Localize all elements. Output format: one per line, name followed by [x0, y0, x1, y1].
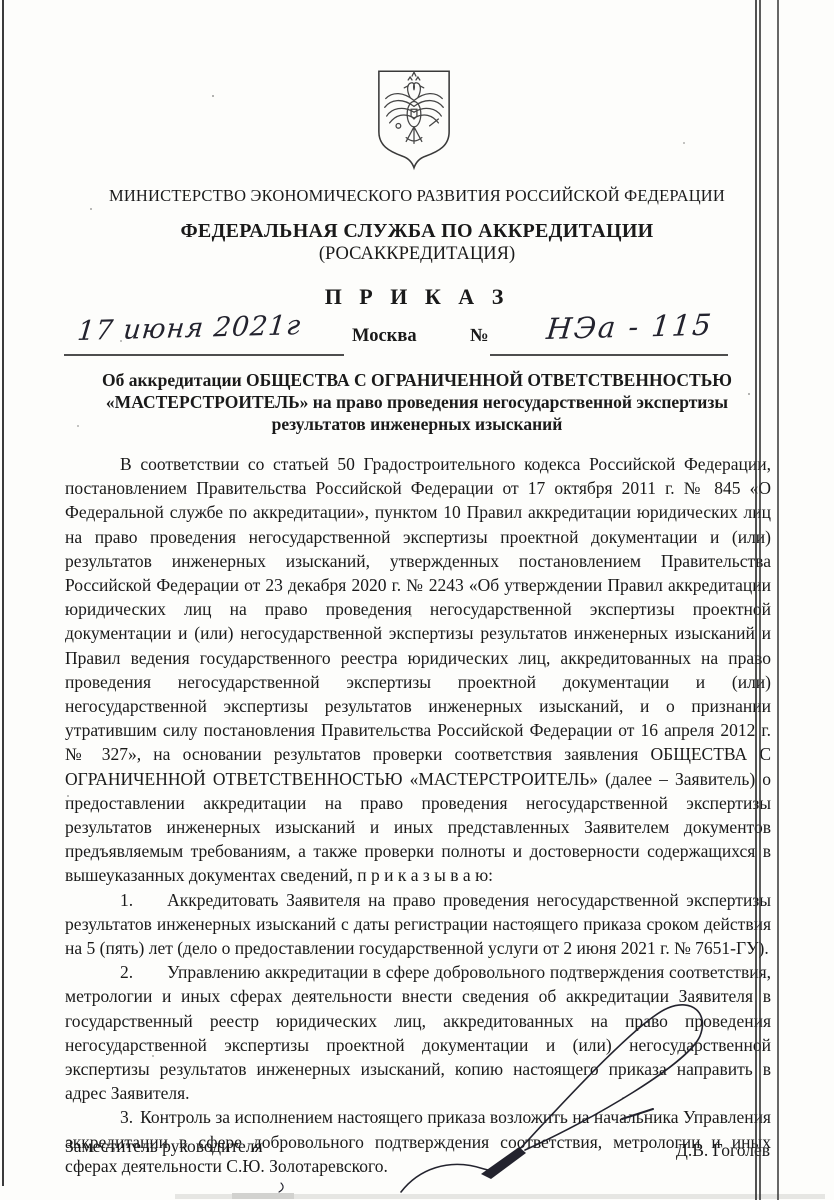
document-type-heading: П Р И К А З	[0, 284, 834, 310]
date-blank-line: 17 июня 2021г	[64, 318, 344, 356]
number-label: №	[470, 326, 489, 347]
scanned-order-page: МИНИСТЕРСТВО ЭКОНОМИЧЕСКОГО РАЗВИТИЯ РОС…	[0, 0, 834, 1200]
order-item-1: 1.Аккредитовать Заявителя на право прове…	[65, 888, 771, 961]
item-2-text: Управлению аккредитации в сфере добровол…	[65, 962, 771, 1103]
item-3-number: 3.	[120, 1107, 133, 1127]
agency-name: ФЕДЕРАЛЬНАЯ СЛУЖБА ПО АККРЕДИТАЦИИ	[0, 220, 834, 243]
order-title: Об аккредитации ОБЩЕСТВА С ОГРАНИЧЕННОЙ …	[77, 369, 757, 435]
scan-noise-speckles	[212, 95, 214, 97]
number-blank-line: НЭа - 115	[490, 318, 728, 356]
scan-right-line-2	[759, 0, 761, 1200]
russian-coat-of-arms-icon	[374, 66, 454, 174]
scan-bottom-shadow-dark	[232, 1193, 294, 1199]
handwritten-date: 17 июня 2021г	[76, 310, 303, 347]
preamble-paragraph: В соответствии со статьей 50 Градостроит…	[65, 452, 771, 888]
item-2-number: 2.	[120, 962, 133, 982]
scan-right-line-3	[777, 0, 779, 1200]
ministry-name: МИНИСТЕРСТВО ЭКОНОМИЧЕСКОГО РАЗВИТИЯ РОС…	[13, 186, 822, 206]
item-1-text: Аккредитовать Заявителя на право проведе…	[65, 890, 771, 958]
scan-right-line-1	[755, 0, 757, 1200]
order-item-2: 2.Управлению аккредитации в сфере добров…	[65, 960, 771, 1105]
scan-left-border	[2, 0, 4, 1186]
handwritten-order-number: НЭа - 115	[545, 308, 715, 346]
city-label: Москва	[352, 326, 417, 347]
order-body: В соответствии со статьей 50 Градостроит…	[65, 452, 771, 1178]
signer-position: Заместитель руководителя	[65, 1136, 263, 1157]
item-1-number: 1.	[120, 890, 133, 910]
signer-name: Д.В. Гоголев	[480, 1140, 770, 1161]
agency-short-name: (РОСАККРЕДИТАЦИЯ)	[0, 244, 834, 265]
